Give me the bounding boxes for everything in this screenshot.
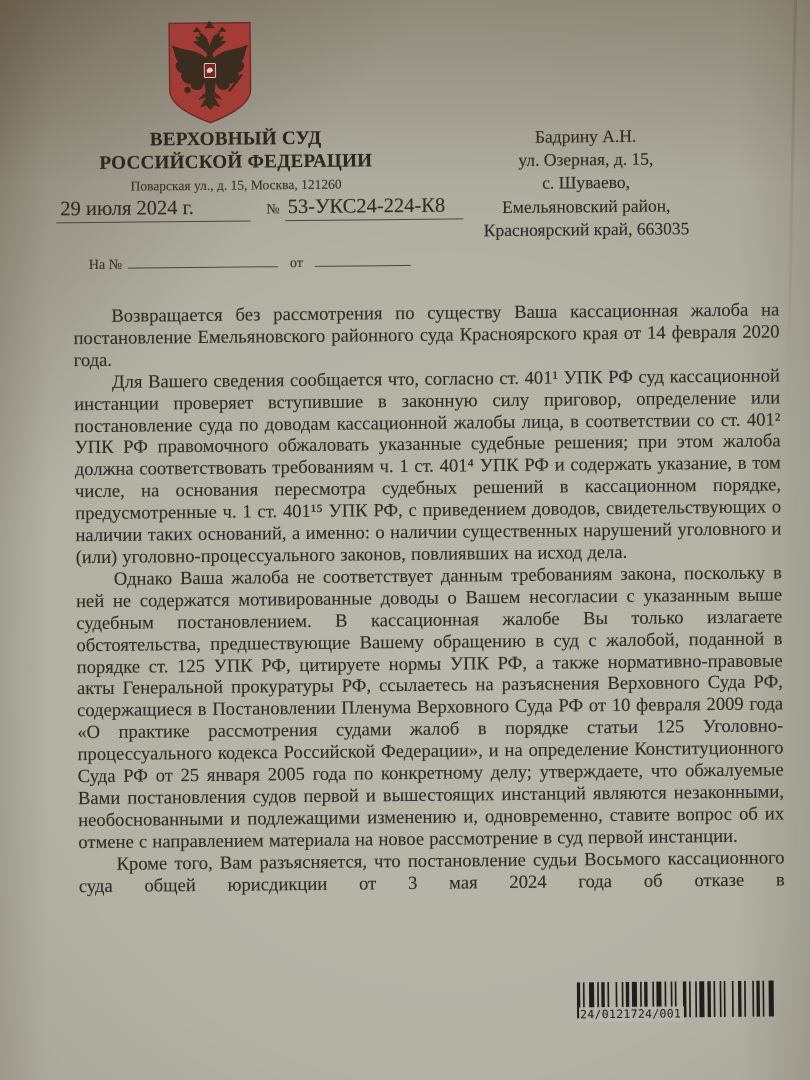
reference-label: На №: [89, 258, 122, 273]
recipient-address-block: Бадрину А.Н. ул. Озерная, д. 15, с. Шува…: [441, 124, 732, 243]
letter-page: ВЕРХОВНЫЙ СУД РОССИЙСКОЙ ФЕДЕРАЦИИ Повар…: [0, 0, 810, 1080]
document-number: 53-УКС24-224-К8: [286, 194, 464, 221]
coat-of-arms-icon: [162, 17, 257, 128]
date-number-row: 29 июля 2024 г.№53-УКС24-224-К8: [56, 194, 464, 223]
reference-number-blank: [128, 252, 278, 268]
organization-name-line2: РОССИЙСКОЙ ФЕДЕРАЦИИ: [36, 149, 436, 176]
registration-barcode: 24/0121724/001: [577, 980, 777, 1022]
body-paragraph-3: Однако Ваша жалоба не соответствует данн…: [76, 562, 785, 854]
recipient-region-zip: Красноярский край, 663035: [441, 217, 731, 243]
barcode-label: 24/0121724/001: [579, 1006, 684, 1022]
recipient-name: Бадрину А.Н.: [441, 124, 731, 150]
organization-address: Поварская ул., д. 15, Москва, 121260: [36, 176, 436, 196]
body-paragraph-1: Возвращается без рассмотрения по существ…: [73, 299, 780, 371]
letter-date: 29 июля 2024 г.: [56, 196, 250, 223]
document-photo: ВЕРХОВНЫЙ СУД РОССИЙСКОЙ ФЕДЕРАЦИИ Повар…: [0, 0, 810, 1080]
paper-crease: [786, 0, 797, 416]
organization-name: ВЕРХОВНЫЙ СУД РОССИЙСКОЙ ФЕДЕРАЦИИ: [36, 126, 436, 176]
recipient-street: ул. Озерная, д. 15,: [441, 147, 731, 173]
recipient-district: Емельяновский район,: [441, 193, 731, 219]
number-sign: №: [266, 202, 280, 217]
reference-row: На №от: [89, 251, 411, 274]
reference-from-label: от: [290, 256, 303, 271]
body-paragraph-4: Кроме того, Вам разъясняется, что постан…: [78, 847, 784, 898]
reference-date-blank: [315, 251, 411, 267]
body-paragraph-2: Для Вашего сведения сообщается что, согл…: [74, 365, 782, 569]
letter-body: Возвращается без рассмотрения по существ…: [73, 299, 785, 897]
recipient-village: с. Шуваево,: [441, 170, 731, 196]
